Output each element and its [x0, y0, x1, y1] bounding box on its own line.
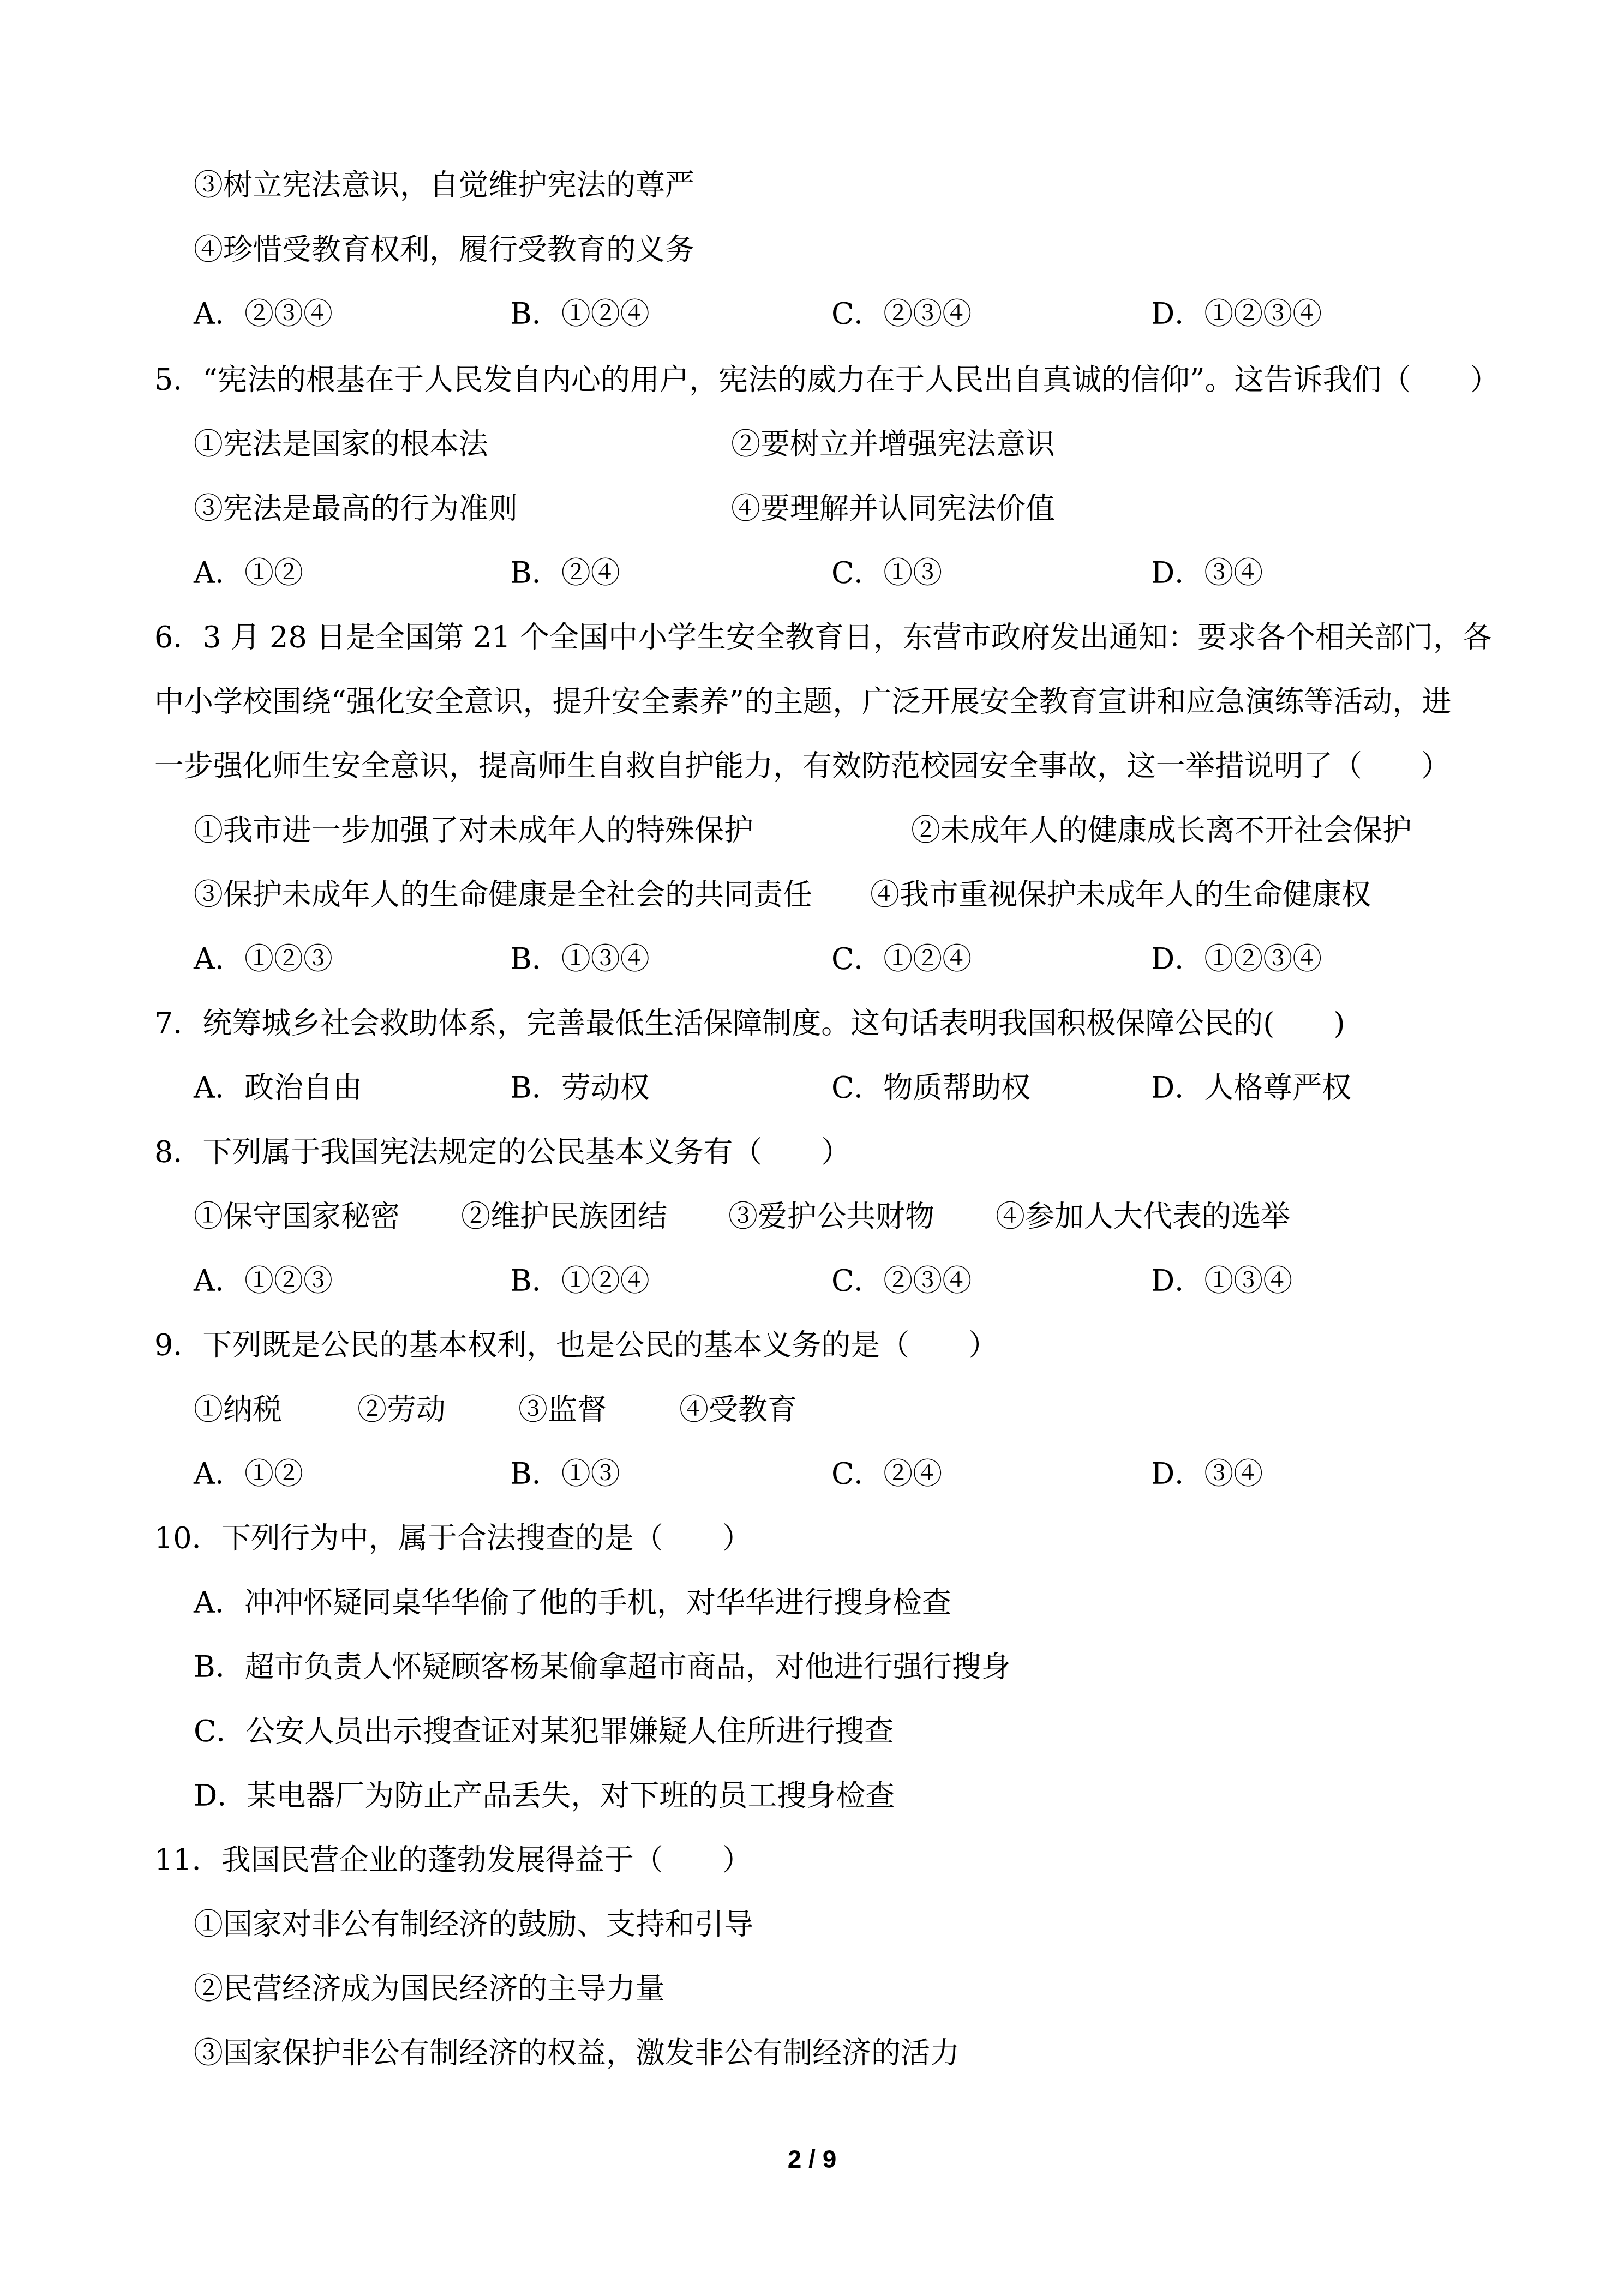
q11-item-3: ③国家保护非公有制经济的权益，激发非公有制经济的活力: [194, 2034, 960, 2072]
q7-option-c[interactable]: C．物质帮助权: [831, 1069, 1030, 1107]
q6-option-d[interactable]: D．①②③④: [1151, 940, 1322, 978]
q6-stem-line-1: 6．3 月 28 日是全国第 21 个全国中小学生安全教育日，东营市政府发出通知…: [154, 618, 1492, 657]
q8-item-4: ④参加人大代表的选举: [996, 1198, 1290, 1236]
q6-item-4: ④我市重视保护未成年人的生命健康权: [870, 876, 1371, 914]
q4-option-a[interactable]: A．②③④: [194, 295, 333, 333]
q8-item-3: ③爱护公共财物: [728, 1198, 934, 1236]
q9-item-4: ④受教育: [679, 1391, 797, 1429]
q4-item-4: ④珍惜受教育权利，履行受教育的义务: [194, 231, 694, 269]
page-number: 2 / 9: [0, 2144, 1624, 2174]
q10-option-a[interactable]: A．冲冲怀疑同桌华华偷了他的手机，对华华进行搜身检查: [194, 1584, 951, 1622]
q5-stem: 5．“宪法的根基在于人民发自内心的用户，宪法的威力在于人民出自真诚的信仰”。这告…: [154, 361, 1500, 399]
q4-option-c[interactable]: C．②③④: [831, 295, 972, 333]
q8-item-2: ②维护民族团结: [461, 1198, 667, 1236]
q11-stem: 11．我国民营企业的蓬勃发展得益于（ ）: [154, 1841, 752, 1879]
q4-option-b[interactable]: B．①②④: [510, 295, 650, 333]
q6-item-2: ②未成年人的健康成长离不开社会保护: [911, 812, 1412, 850]
q9-option-d[interactable]: D．③④: [1151, 1455, 1263, 1493]
q9-option-c[interactable]: C．②④: [831, 1455, 942, 1493]
q8-option-a[interactable]: A．①②③: [194, 1262, 333, 1300]
q6-stem-line-3: 一步强化师生安全意识，提高师生自救自护能力，有效防范校园安全事故，这一举措说明了…: [154, 747, 1451, 785]
q6-stem-line-2: 中小学校围绕“强化安全意识，提升安全素养”的主题，广泛开展安全教育宣讲和应急演练…: [154, 683, 1451, 721]
q4-option-d[interactable]: D．①②③④: [1151, 295, 1322, 333]
q10-option-c[interactable]: C．公安人员出示搜查证对某犯罪嫌疑人住所进行搜查: [194, 1712, 894, 1751]
q6-item-3: ③保护未成年人的生命健康是全社会的共同责任: [194, 876, 812, 914]
q6-item-1: ①我市进一步加强了对未成年人的特殊保护: [194, 812, 753, 850]
q8-stem: 8．下列属于我国宪法规定的公民基本义务有（ ）: [154, 1133, 850, 1171]
q8-option-c[interactable]: C．②③④: [831, 1262, 972, 1300]
q5-option-d[interactable]: D．③④: [1151, 554, 1263, 592]
q5-option-b[interactable]: B．②④: [510, 554, 620, 592]
q6-option-c[interactable]: C．①②④: [831, 940, 972, 978]
q4-item-3: ③树立宪法意识，自觉维护宪法的尊严: [194, 166, 694, 205]
q10-option-b[interactable]: B．超市负责人怀疑顾客杨某偷拿超市商品，对他进行强行搜身: [194, 1648, 1011, 1686]
q5-option-a[interactable]: A．①②: [194, 554, 303, 592]
q11-item-1: ①国家对非公有制经济的鼓励、支持和引导: [194, 1906, 753, 1944]
q9-item-2: ②劳动: [357, 1391, 446, 1429]
q7-option-a[interactable]: A．政治自由: [194, 1069, 362, 1107]
q8-item-1: ①保守国家秘密: [194, 1198, 400, 1236]
q5-item-4: ④要理解并认同宪法价值: [731, 490, 1055, 528]
q9-stem: 9．下列既是公民的基本权利，也是公民的基本义务的是（ ）: [154, 1326, 998, 1365]
q9-item-1: ①纳税: [194, 1391, 282, 1429]
q7-option-b[interactable]: B．劳动权: [510, 1069, 650, 1107]
q7-option-d[interactable]: D．人格尊严权: [1151, 1069, 1351, 1107]
q6-option-b[interactable]: B．①③④: [510, 940, 650, 978]
q7-stem: 7．统筹城乡社会救助体系，完善最低生活保障制度。这句话表明我国积极保障公民的( …: [154, 1005, 1345, 1043]
q11-item-2: ②民营经济成为国民经济的主导力量: [194, 1970, 665, 2008]
q5-item-1: ①宪法是国家的根本法: [194, 425, 488, 464]
q9-option-b[interactable]: B．①③: [510, 1455, 620, 1493]
q10-option-d[interactable]: D．某电器厂为防止产品丢失，对下班的员工搜身检查: [194, 1777, 895, 1815]
q10-stem: 10．下列行为中，属于合法搜查的是（ ）: [154, 1519, 752, 1558]
q6-option-a[interactable]: A．①②③: [194, 940, 333, 978]
q8-option-b[interactable]: B．①②④: [510, 1262, 650, 1300]
q5-option-c[interactable]: C．①③: [831, 554, 942, 592]
q5-item-3: ③宪法是最高的行为准则: [194, 490, 518, 528]
q8-option-d[interactable]: D．①③④: [1151, 1262, 1292, 1300]
q9-item-3: ③监督: [518, 1391, 607, 1429]
q5-item-2: ②要树立并增强宪法意识: [731, 425, 1055, 464]
q9-option-a[interactable]: A．①②: [194, 1455, 303, 1493]
